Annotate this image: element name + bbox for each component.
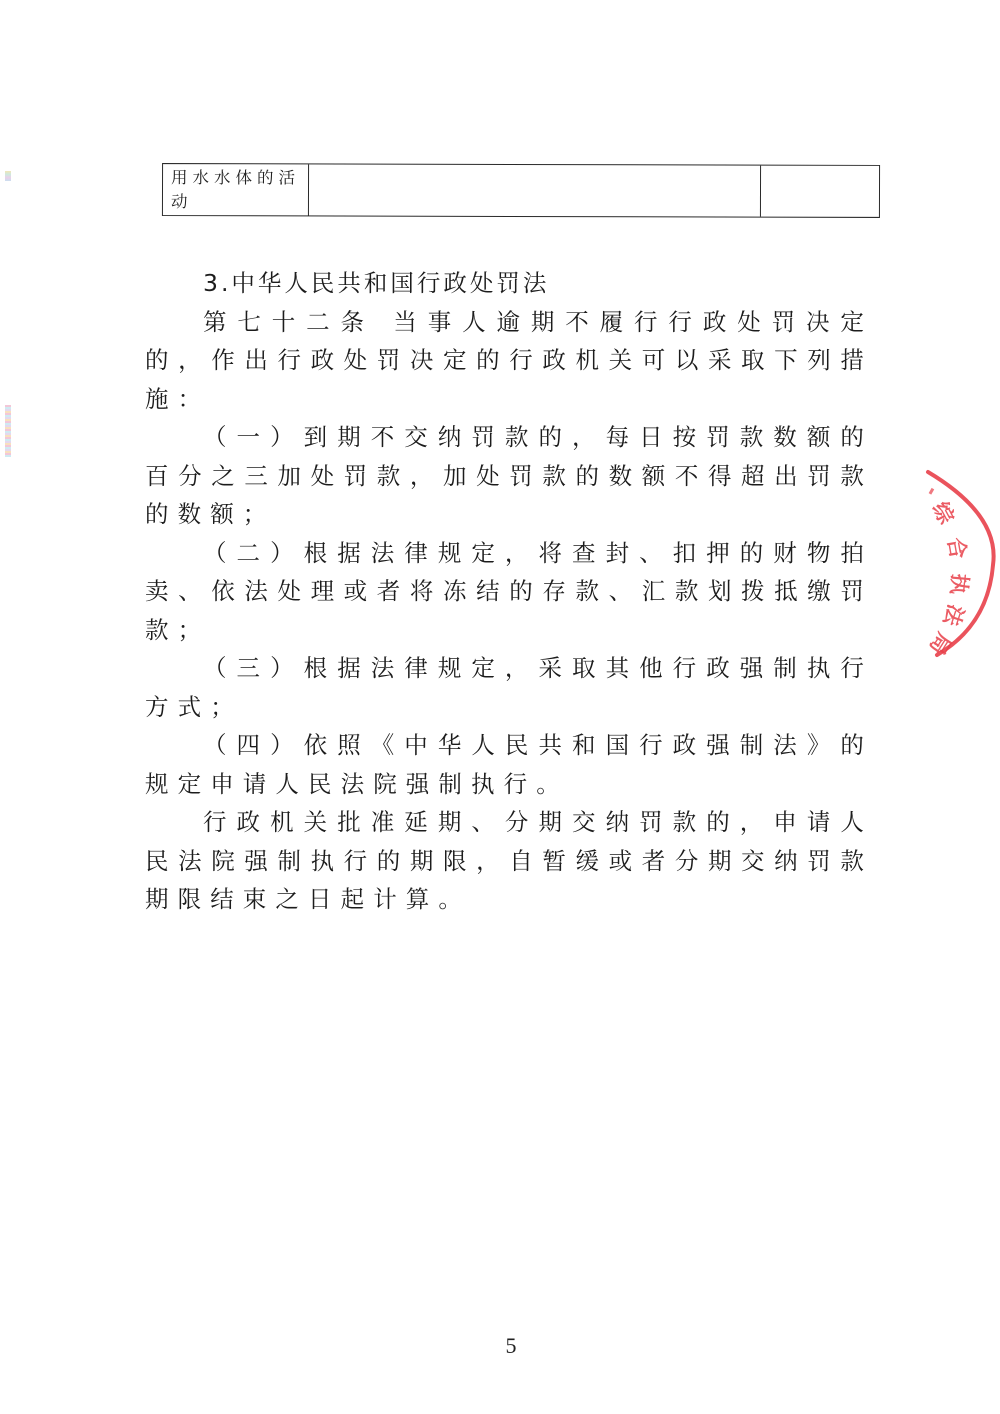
table-cell-item: 用水水体的活动	[163, 164, 309, 215]
seal-arc-icon: 综 合 执 法 局	[880, 455, 1000, 675]
table-fragment: 用水水体的活动	[162, 163, 880, 218]
article-72-item-1: （一）到期不交纳罚款的，每日按罚款数额的百分之三加处罚款，加处罚款的数额不得超出…	[145, 418, 873, 534]
document-page: 用水水体的活动 3.中华人民共和国行政处罚法 第七十二条 当事人逾期不履行行政处…	[0, 0, 1000, 1414]
table-cell-note	[761, 166, 879, 217]
scan-artifact	[5, 171, 11, 181]
body-text: 3.中华人民共和国行政处罚法 第七十二条 当事人逾期不履行行政处罚决定的，作出行…	[145, 264, 873, 919]
article-72-intro: 第七十二条 当事人逾期不履行行政处罚决定的，作出行政处罚决定的行政机关可以采取下…	[145, 303, 873, 419]
svg-text:执: 执	[946, 573, 972, 596]
svg-text:合: 合	[943, 536, 970, 561]
table-cell-content	[309, 164, 761, 216]
article-72-item-4: （四）依照《中华人民共和国行政强制法》的规定申请人民法院强制执行。	[145, 726, 873, 803]
article-72-closing: 行政机关批准延期、分期交纳罚款的，申请人民法院强制执行的期限，自暂缓或者分期交纳…	[145, 803, 873, 919]
section-heading: 3.中华人民共和国行政处罚法	[145, 264, 873, 303]
article-72-item-2: （二）根据法律规定，将查封、扣押的财物拍卖、依法处理或者将冻结的存款、汇款划拨抵…	[145, 534, 873, 650]
svg-text:法: 法	[938, 601, 968, 629]
official-seal-stamp: 综 合 执 法 局	[880, 455, 1000, 675]
svg-text:综: 综	[928, 498, 960, 529]
article-72-item-3: （三）根据法律规定，采取其他行政强制执行方式；	[145, 649, 873, 726]
page-number: 5	[0, 1333, 1000, 1359]
svg-text:局: 局	[925, 628, 956, 659]
scan-artifact	[5, 405, 11, 457]
